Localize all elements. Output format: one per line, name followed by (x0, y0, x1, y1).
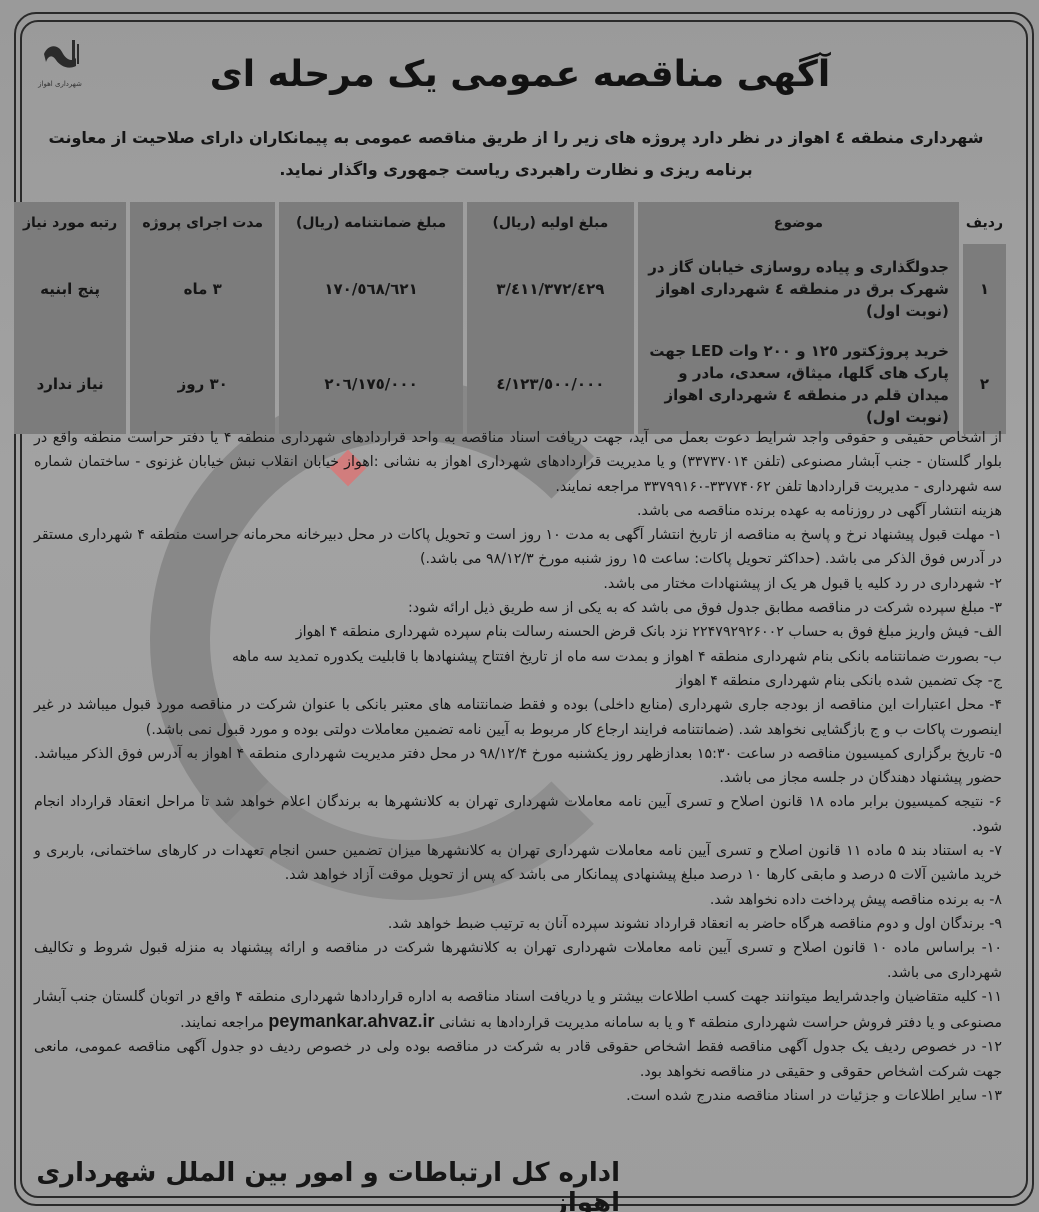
table-row: ٢ خرید پروژکتور ١٢٥ و ٢٠٠ وات LED جهت پا… (14, 334, 1006, 434)
condition-item-11: ۱۱- کلیه متقاضیان واجدشرایط میتوانند جهت… (34, 985, 1002, 1036)
condition-item: ۱۳- سایر اطلاعات و جزئیات در اسناد مناقص… (34, 1084, 1002, 1108)
condition-item: ۴- محل اعتبارات این مناقصه از بودجه جاری… (34, 693, 1002, 742)
row-duration: ٣ ماه (130, 244, 275, 334)
deposit-option: الف- فیش واریز مبلغ فوق به حساب ۲۲۴۷۹۲۹۲… (34, 620, 1002, 644)
condition-item: ۱۰- براساس ماده ۱۰ قانون اصلاح و تسری آی… (34, 936, 1002, 985)
deposit-option: ب- بصورت ضمانتنامه بانکی بنام شهرداری من… (34, 645, 1002, 669)
condition-item: ۲- شهرداری در رد کلیه یا قبول هر یک از پ… (34, 572, 1002, 596)
table-header-row: ردیف موضوع مبلغ اولیه (ریال) مبلغ ضمانتن… (14, 202, 1006, 244)
header-grade: رتبه مورد نیاز (14, 202, 126, 244)
row-guarantee-amount: ١٧٠/٥٦٨/٦٢١ (279, 244, 463, 334)
header-guarantee-amount: مبلغ ضمانتنامه (ریال) (279, 202, 463, 244)
row-subject: خرید پروژکتور ١٢٥ و ٢٠٠ وات LED جهت پارک… (638, 334, 959, 434)
row-index: ١ (963, 244, 1006, 334)
invitation-paragraph: از اشخاص حقیقی و حقوقی واجد شرایط دعوت ب… (34, 426, 1002, 499)
row-guarantee-amount: ٢٠٦/١٧٥/٠٠٠ (279, 334, 463, 434)
item11-suffix: مراجعه نمایند. (180, 1015, 264, 1031)
condition-item: ۸- به برنده مناقصه پیش پرداخت داده نخواه… (34, 888, 1002, 912)
condition-item: ۷- به استناد بند ۵ ماده ۱۱ قانون اصلاح و… (34, 839, 1002, 888)
condition-item: ۵- تاریخ برگزاری کمیسیون مناقصه در ساعت … (34, 742, 1002, 791)
notice-content: آگهی مناقصه عمومی یک مرحله ای شهرداری من… (30, 22, 1010, 1192)
condition-item: ۳- مبلغ سپرده شرکت در مناقصه مطابق جدول … (34, 596, 1002, 620)
newspaper-page: شهرداری اهواز آگهی مناقصه عمومی یک مرحله… (0, 0, 1039, 1212)
header-index: ردیف (963, 202, 1006, 244)
table-row: ١ جدولگذاری و پیاده روسازی خیابان گاز در… (14, 244, 1006, 334)
notice-title: آگهی مناقصه عمومی یک مرحله ای (30, 54, 1010, 95)
condition-item: ۹- برندگان اول و دوم مناقصه هرگاه حاضر ب… (34, 912, 1002, 936)
row-subject: جدولگذاری و پیاده روسازی خیابان گاز در ش… (638, 244, 959, 334)
row-initial-amount: ٣/٤١١/٣٧٢/٤٢٩ (467, 244, 634, 334)
header-initial-amount: مبلغ اولیه (ریال) (467, 202, 634, 244)
notice-body: از اشخاص حقیقی و حقوقی واجد شرایط دعوت ب… (34, 426, 1002, 1108)
row-grade: پنج ابنیه (14, 244, 126, 334)
condition-item: ۱۲- در خصوص ردیف یک جدول آگهی مناقصه فقط… (34, 1035, 1002, 1084)
notice-intro: شهرداری منطقه ٤ اهواز در نظر دارد پروژه … (30, 122, 1002, 186)
tender-table: ردیف موضوع مبلغ اولیه (ریال) مبلغ ضمانتن… (10, 202, 1010, 434)
deposit-option: ج- چک تضمین شده بانکی بنام شهرداری منطقه… (34, 669, 1002, 693)
row-grade: نیاز ندارد (14, 334, 126, 434)
publication-cost-note: هزینه انتشار آگهی در روزنامه به عهده برن… (34, 499, 1002, 523)
signature: اداره کل ارتباطات و امور بین الملل شهردا… (30, 1158, 620, 1212)
condition-item: ۱- مهلت قبول پیشنهاد نرخ و پاسخ به مناقص… (34, 523, 1002, 572)
header-subject: موضوع (638, 202, 959, 244)
header-duration: مدت اجرای پروژه (130, 202, 275, 244)
row-index: ٢ (963, 334, 1006, 434)
contracts-website-link[interactable]: peymankar.ahvaz.ir (268, 1011, 434, 1031)
row-duration: ٣٠ روز (130, 334, 275, 434)
row-initial-amount: ٤/١٢٣/٥٠٠/٠٠٠ (467, 334, 634, 434)
condition-item: ۶- نتیجه کمیسیون برابر ماده ۱۸ قانون اصل… (34, 790, 1002, 839)
